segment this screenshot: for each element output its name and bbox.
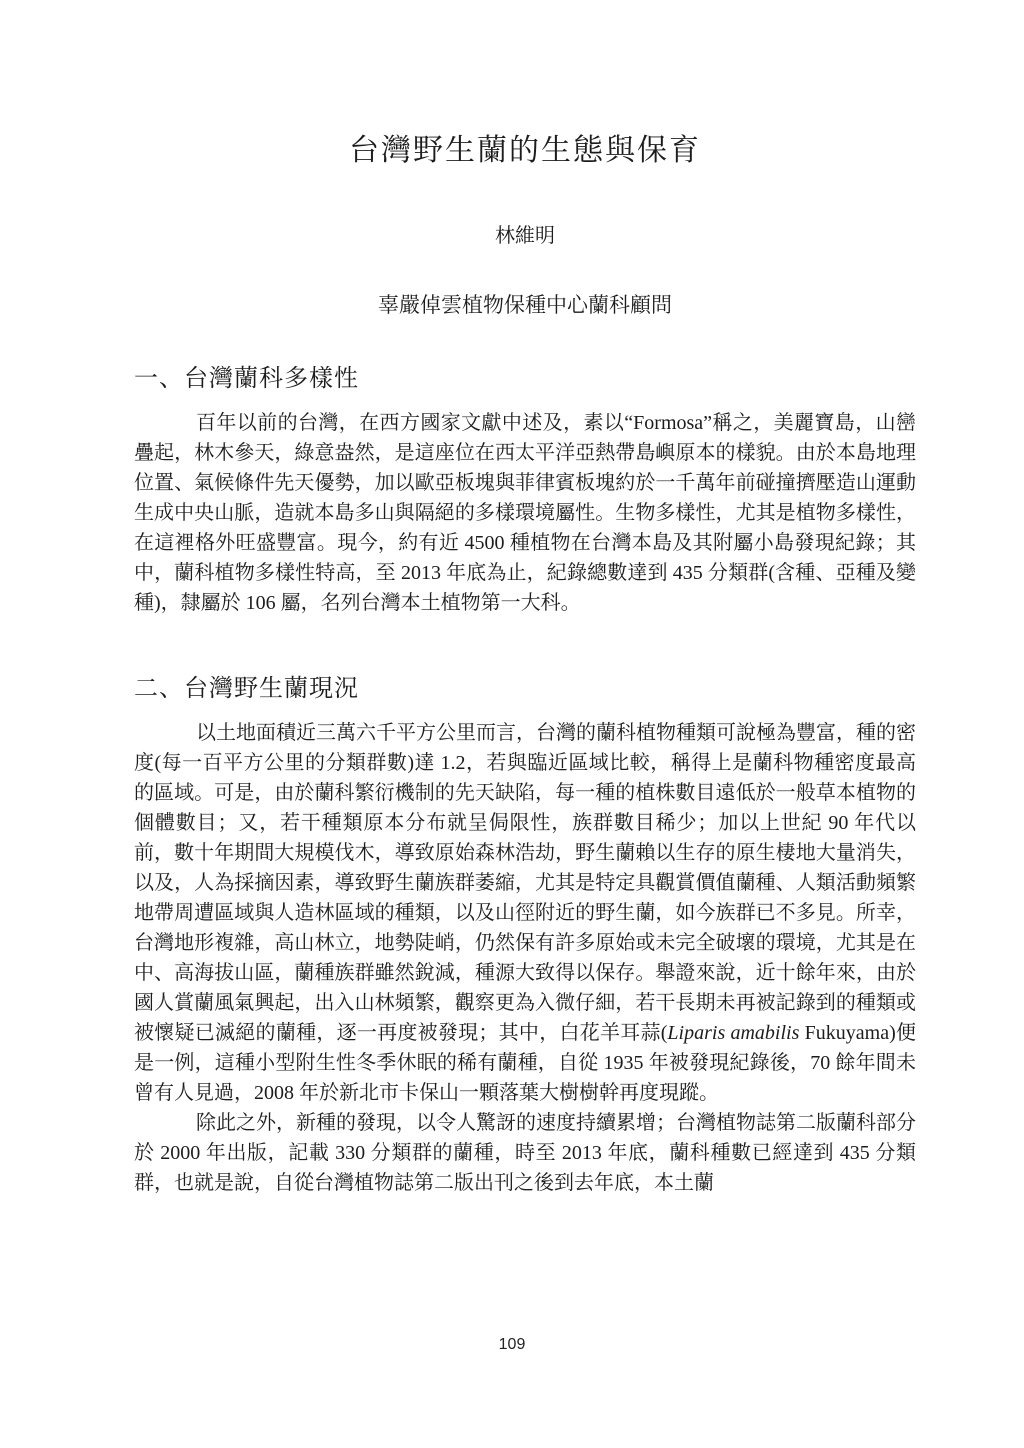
section-1-heading: 一、台灣蘭科多樣性: [134, 362, 916, 396]
section-1-paragraph: 百年以前的台灣，在西方國家文獻中述及，素以“Formosa”稱之，美麗寶島，山巒…: [134, 408, 916, 618]
page-number: 109: [0, 1336, 1024, 1354]
species-latin-name: Liparis amabilis: [667, 1022, 799, 1044]
section-2-paragraph-1: 以土地面積近三萬六千平方公里而言，台灣的蘭科植物種類可說極為豐富，種的密度(每一…: [134, 718, 916, 1108]
document-title: 台灣野生蘭的生態與保育: [134, 130, 916, 172]
document-page: 台灣野生蘭的生態與保育 林維明 辜嚴倬雲植物保種中心蘭科顧問 一、台灣蘭科多樣性…: [0, 0, 1024, 1448]
section-2-heading: 二、台灣野生蘭現況: [134, 672, 916, 706]
author-affiliation: 辜嚴倬雲植物保種中心蘭科顧問: [134, 290, 916, 320]
section-2-paragraph-2: 除此之外，新種的發現，以令人驚訝的速度持續累增；台灣植物誌第二版蘭科部分於 20…: [134, 1108, 916, 1198]
author-name: 林維明: [134, 222, 916, 250]
paragraph-text-before-species: 以土地面積近三萬六千平方公里而言，台灣的蘭科植物種類可說極為豐富，種的密度(每一…: [134, 722, 916, 1044]
